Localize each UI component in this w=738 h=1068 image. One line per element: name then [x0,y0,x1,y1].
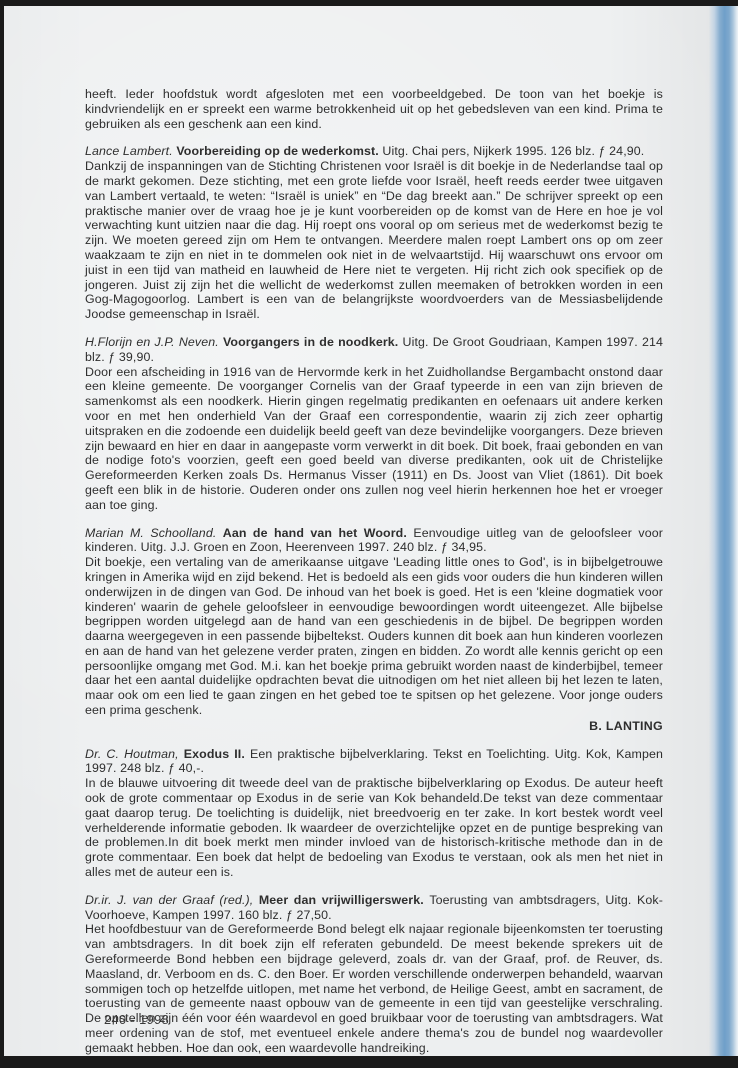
review-title: Exodus II. [184,747,250,761]
scan-border-top [0,0,738,6]
review-author: Lance Lambert. [85,144,176,158]
page-text-column: heeft. Ieder hoofdstuk wordt afgesloten … [85,87,663,1068]
continuation-paragraph: heeft. Ieder hoofdstuk wordt afgesloten … [85,87,663,131]
review-title: Aan de hand van het Woord. [223,526,414,540]
book-edge-strip [706,5,738,1057]
review-title: Voorbereiding op de wederkomst. [176,144,382,158]
book-review: Marian M. Schoolland. Aan de hand van he… [85,526,663,734]
review-publication-info: Uitg. Chai pers, Nijkerk 1995. 126 blz. … [382,144,644,158]
review-body: Dankzij de inspanningen van de Stichting… [85,159,663,322]
review-body: In de blauwe uitvoering dit tweede deel … [85,776,663,880]
review-body: Het hoofdbestuur van de Gereformeerde Bo… [85,922,663,1055]
review-author: Marian M. Schoolland. [85,526,223,540]
review-body: Door een afscheiding in 1916 van de Herv… [85,365,663,513]
review-author: Dr.ir. J. van der Graaf (red.), [85,893,259,907]
review-heading: Marian M. Schoolland. Aan de hand van he… [85,526,663,556]
book-review: Lance Lambert. Voorbereiding op de weder… [85,144,663,322]
book-review: H.Florijn en J.P. Neven. Voorgangers in … [85,335,663,513]
scanned-page: heeft. Ieder hoofdstuk wordt afgesloten … [0,0,738,1068]
review-heading: Lance Lambert. Voorbereiding op de weder… [85,144,663,159]
review-title: Meer dan vrijwilligerswerk. [259,893,429,907]
review-title: Voorgangers in de noodkerk. [223,335,403,349]
review-body: Dit boekje, een vertaling van de amerika… [85,555,663,718]
book-review: Dr. C. Houtman, Exodus II. Een praktisch… [85,747,663,880]
scan-border-bottom [0,1056,738,1068]
review-heading: H.Florijn en J.P. Neven. Voorgangers in … [85,335,663,365]
page-number-footer: 240 - 1998 [104,1012,169,1027]
scan-border-left [0,0,4,1068]
review-heading: Dr.ir. J. van der Graaf (red.), Meer dan… [85,893,663,923]
book-review: Dr.ir. J. van der Graaf (red.), Meer dan… [85,893,663,1068]
review-author: Dr. C. Houtman, [85,747,184,761]
review-author: H.Florijn en J.P. Neven. [85,335,223,349]
review-heading: Dr. C. Houtman, Exodus II. Een praktisch… [85,747,663,777]
reviewer-signature: B. LANTING [85,719,663,734]
